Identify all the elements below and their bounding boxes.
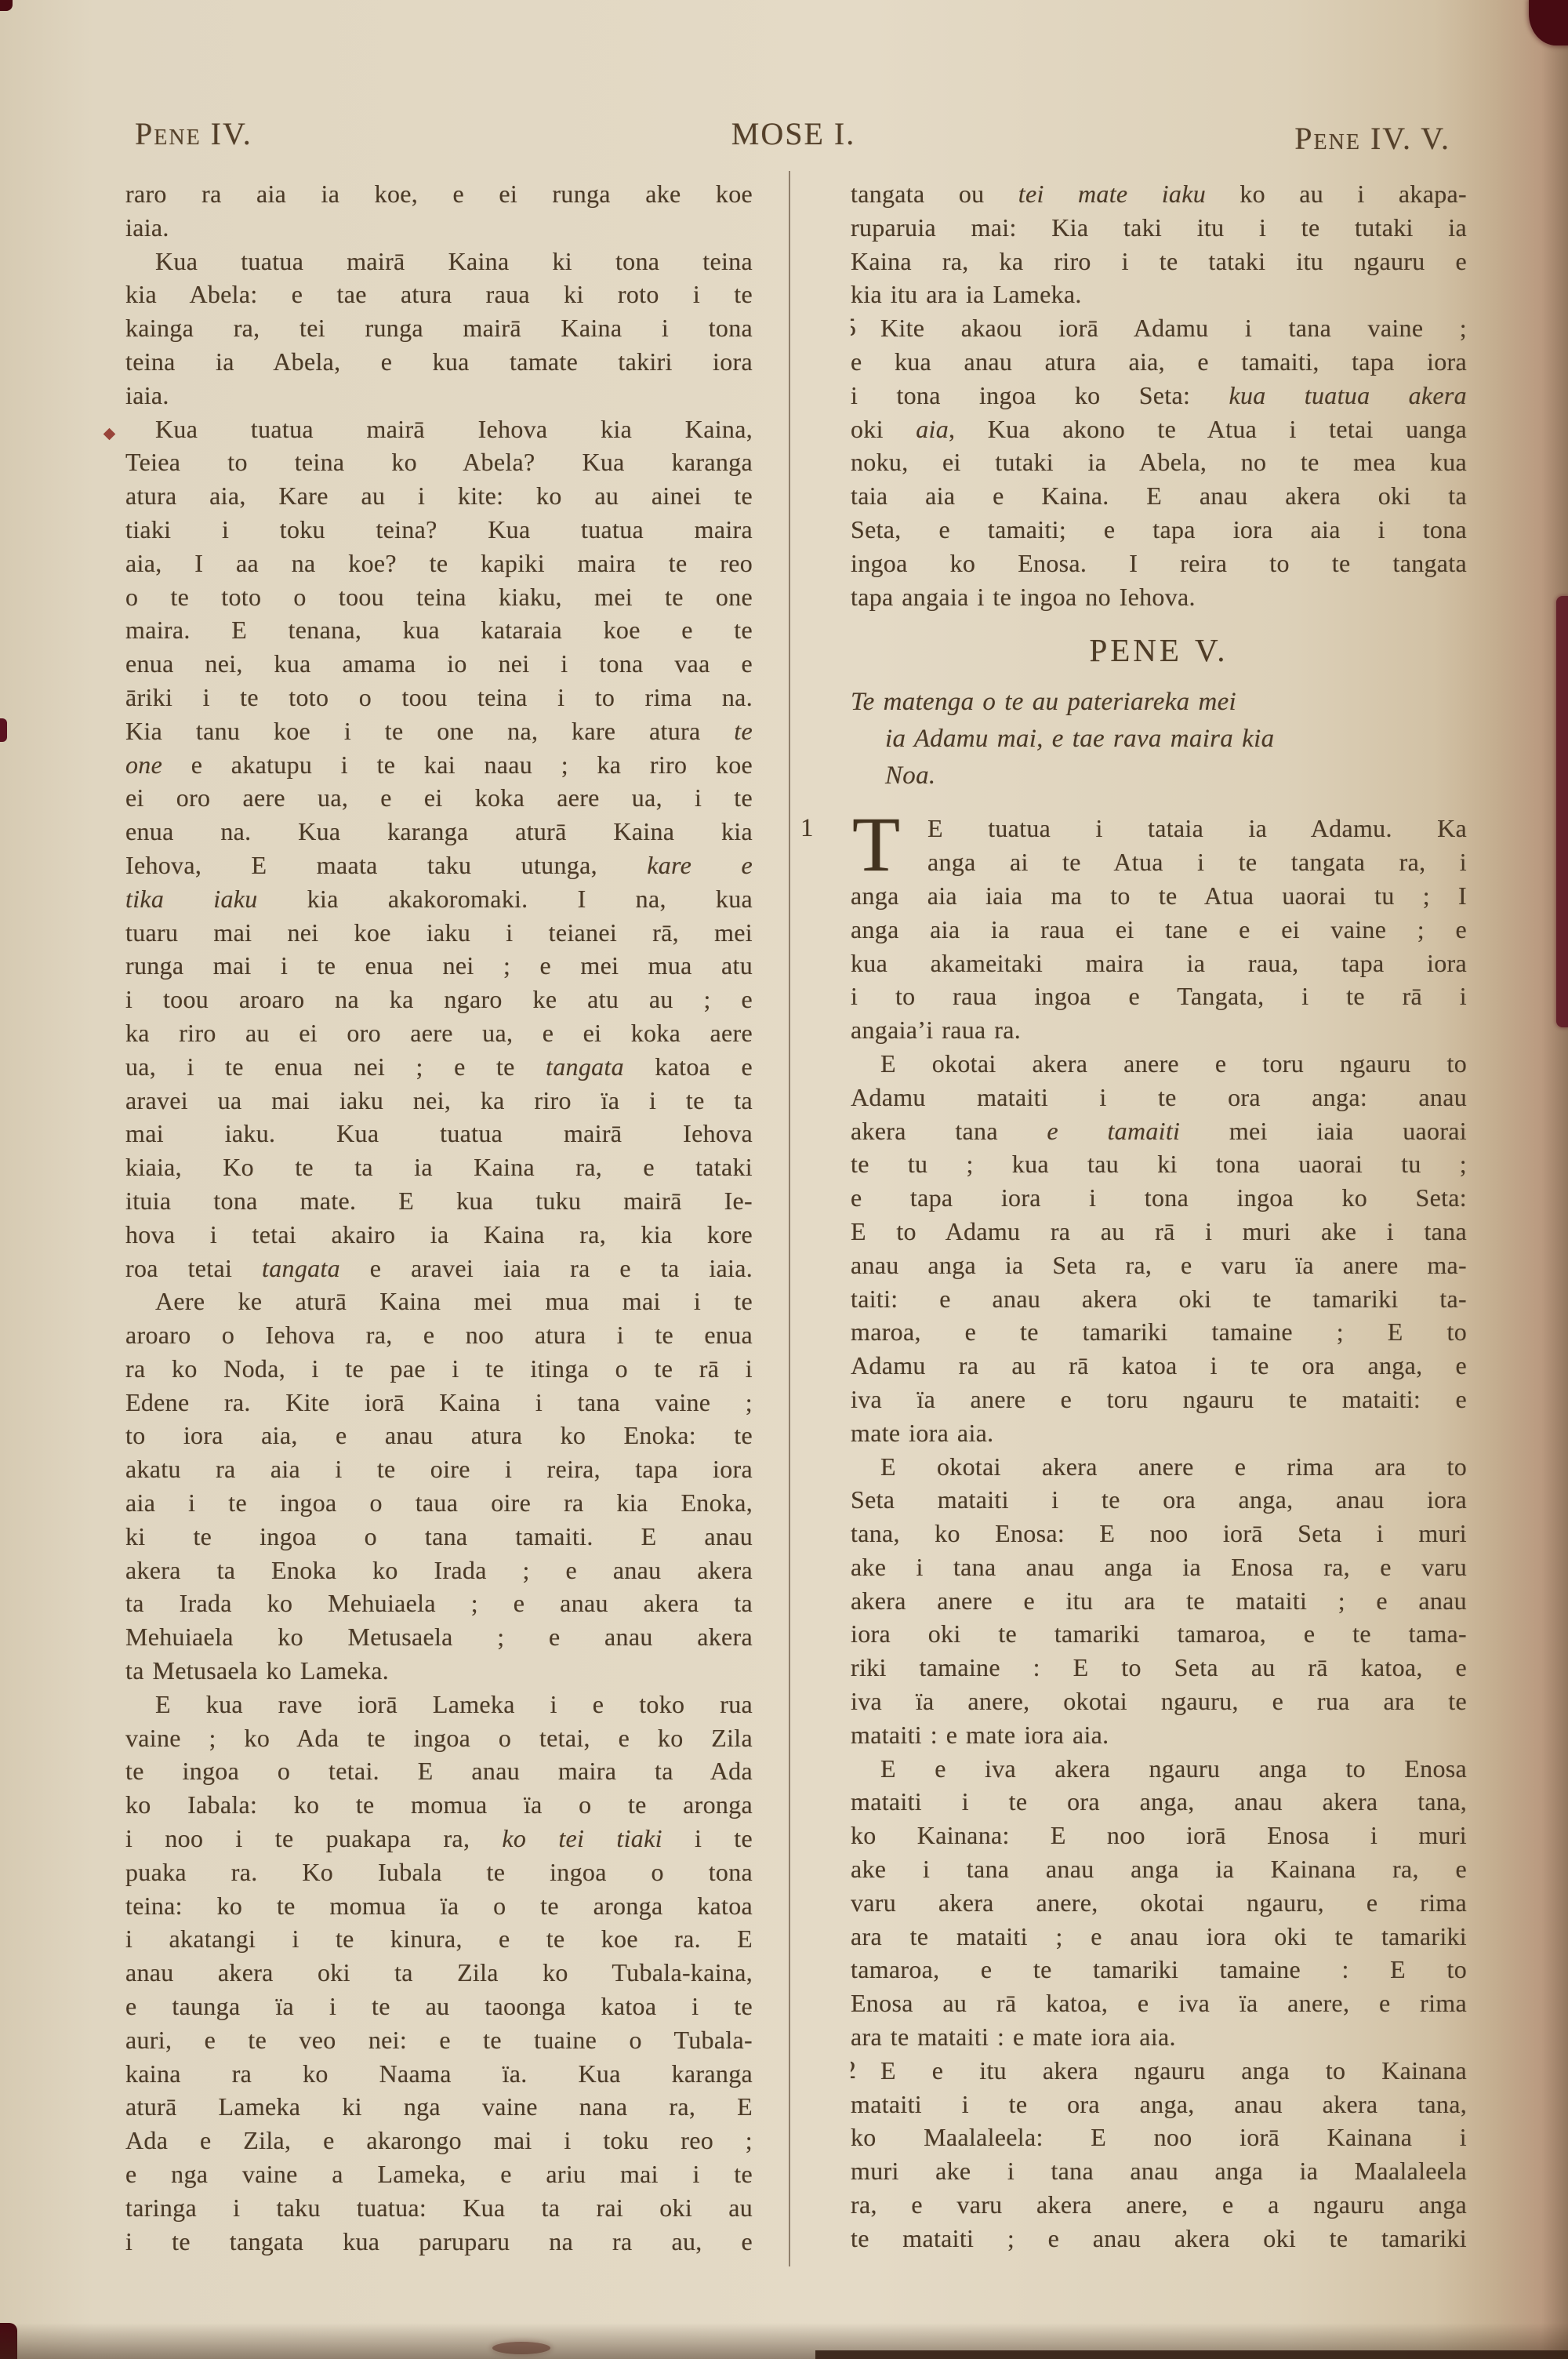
line-text: Aere ke aturā Kaina mei mua mai i te	[155, 1287, 753, 1315]
text-line: iva ïa anere e toru ngauru te mataiti: e	[851, 1383, 1467, 1416]
line-text: Teiea to teina ko Abela? Kua karanga	[125, 448, 753, 476]
text-line: āriki i te toto o toou teina i to rima n…	[125, 681, 753, 714]
text-line: vaine ; ko Ada te ingoa o tetai, e ko Zi…	[125, 1721, 753, 1755]
text-line: Iehova, E maata taku utunga, kare e	[125, 849, 753, 882]
line-text: teina: ko te momua ïa o te aronga katoa	[125, 1892, 753, 1920]
line-text: oki aia, Kua akono te Atua i tetai uanga	[851, 415, 1467, 443]
text-line: akatu ra aia i te oire i reira, tapa ior…	[125, 1452, 753, 1486]
text-line: angaia’i raua ra.	[851, 1013, 1467, 1047]
text-line: iaia.	[125, 379, 753, 413]
text-line: aroaro o Iehova ra, e noo atura i te enu…	[125, 1318, 753, 1352]
text-line: ituia tona mate. E kua tuku mairā Ie-	[125, 1184, 753, 1218]
text-line: to iora aia, e anau atura ko Enoka: te	[125, 1419, 753, 1452]
line-text: aravei ua mai iaku nei, ka riro ïa i te …	[125, 1086, 753, 1114]
line-text: te tu ; kua tau ki tona uaorai tu ;	[851, 1150, 1467, 1178]
line-text: Kia tanu koe i te one na, kare atura te	[125, 717, 753, 745]
text-line: 7tana, ko Enosa: E noo iorā Seta i muri	[851, 1517, 1467, 1550]
text-line: 9E e iva akera ngauru anga to Enosa	[851, 1752, 1467, 1786]
line-text: taiti: e anau akera oki te tamariki ta-	[851, 1285, 1467, 1313]
line-text: tika iaku kia akakoromaki. I na, kua	[125, 885, 753, 913]
text-line: Seta, e tamaiti; e tapa iora aia i tona	[851, 513, 1467, 547]
line-text: Seta mataiti i te ora anga, anau iora	[851, 1485, 1467, 1514]
line-text: taia aia e Kaina. E anau akera oki ta	[851, 482, 1467, 510]
text-line: kia Abela: e tae atura raua ki roto i te	[125, 278, 753, 311]
text-line: atura aia, Kare au i kite: ko au ainei t…	[125, 479, 753, 513]
text-line: aia, I aa na koe? te kapiki maira te reo	[125, 547, 753, 580]
line-text: enua na. Kua karanga aturā Kaina kia	[125, 817, 753, 845]
stain-mark-left-edge	[0, 718, 7, 742]
chapter-subtitle-line: ia Adamu mai, e tae rava maira kia	[851, 721, 1467, 758]
text-line: Ada e Zila, e akarongo mai i toku reo ;	[125, 2124, 753, 2157]
text-line: kainga ra, tei runga mairā Kaina i tona	[125, 311, 753, 345]
line-text: ake i tana anau anga ia Kainana ra, e	[851, 1855, 1467, 1883]
text-line: 13ko Maalaleela: E noo iorā Kainana i	[851, 2121, 1467, 2154]
line-text: Ada e Zila, e akarongo mai i toku reo ;	[125, 2126, 753, 2154]
text-line: 11tamaroa, e te tamariki tamaine : E to	[851, 1953, 1467, 1986]
left-column: raro ra aia ia koe, e ei runga ake koeia…	[125, 177, 753, 2258]
line-text: anga aia ia raua ei tane e ei vaine ; e	[851, 915, 1467, 943]
text-line: ta Irada ko Mehuiaela ; e anau akera ta	[125, 1587, 753, 1620]
text-line: 18ki te ingoa o tana tamaiti. E anau	[125, 1520, 753, 1554]
line-text: E okotai akera anere e toru ngauru to	[880, 1049, 1467, 1078]
line-text: iaia.	[125, 381, 169, 409]
line-text: kaina ra ko Naama ïa. Kua karanga	[125, 2059, 753, 2088]
line-text: akera tana e tamaiti mei iaia uaorai	[851, 1117, 1467, 1145]
text-line: 5maroa, e te tamariki tamaine ; E to	[851, 1315, 1467, 1349]
line-text: kainga ra, tei runga mairā Kaina i tona	[125, 314, 753, 342]
line-text: puaka ra. Ko Iubala te ingoa o tona	[125, 1858, 753, 1886]
text-line: e nga vaine a Lameka, e ariu mai i te	[125, 2157, 753, 2191]
text-line: 23kaina ra ko Naama ïa. Kua karanga	[125, 2057, 753, 2091]
text-line: ake i tana anau anga ia Enosa ra, e varu	[851, 1550, 1467, 1584]
line-text: e taunga ïa i te au taoonga katoa i te	[125, 1992, 753, 2020]
line-text: ituia tona mate. E kua tuku mairā Ie-	[125, 1187, 753, 1215]
text-line: Adamu ra au rā katoa i te ora anga, e	[851, 1349, 1467, 1383]
text-line: auri, e te veo nei: e te tuaine o Tubala…	[125, 2023, 753, 2057]
line-text: roa tetai tangata e aravei iaia ra e ta …	[125, 1254, 753, 1282]
text-line: Teiea to teina ko Abela? Kua karanga	[125, 445, 753, 479]
text-line: teina ia Abela, e kua tamate takiri iora	[125, 345, 753, 379]
line-text: iva ïa anere e toru ngauru te mataiti: e	[851, 1385, 1467, 1413]
line-text: tapa angaia i te ingoa no Iehova.	[851, 583, 1196, 611]
line-text: E to Adamu ra au rā i muri ake i tana	[851, 1217, 1467, 1245]
text-line: iora oki te tamariki tamaroa, e te tama-	[851, 1617, 1467, 1651]
text-line: anau akera oki ta Zila ko Tubala-kaina,	[125, 1956, 753, 1990]
line-text: E okotai akera anere e rima ara to	[880, 1452, 1467, 1481]
line-text: maira. E tenana, kua kataraia koe e te	[125, 616, 753, 644]
line-text: akera ta Enoka ko Irada ; e anau akera	[125, 1556, 753, 1584]
line-text: kua akameitaki maira ia raua, tapa iora	[851, 949, 1467, 977]
text-line: roa tetai tangata e aravei iaia ra e ta …	[125, 1252, 753, 1285]
text-line: oki aia, Kua akono te Atua i tetai uanga	[851, 413, 1467, 446]
line-text: aroaro o Iehova ra, e noo atura i te enu…	[125, 1321, 753, 1349]
line-text: e tapa iora i tona ingoa ko Seta:	[851, 1183, 1467, 1212]
text-line: anga ai te Atua i te tangata ra, i	[851, 845, 1467, 879]
smudge-mark-bottom	[492, 2342, 550, 2354]
line-text: i noo i te puakapa ra, ko tei tiaki i te	[125, 1824, 753, 1852]
line-text: anau anga ia Seta ra, e varu ïa anere ma…	[851, 1251, 1467, 1279]
line-text: ta Metusaela ko Lameka.	[125, 1656, 389, 1685]
text-line: e taunga ïa i te au taoonga katoa i te	[125, 1990, 753, 2023]
stain-mark-bottom-left	[0, 2323, 17, 2359]
line-text: raro ra aia ia koe, e ei runga ake koe	[125, 180, 753, 208]
line-text: āriki i te toto o toou teina i to rima n…	[125, 683, 753, 711]
text-line: 15mai iaku. Kua tuatua mairā Iehova	[125, 1117, 753, 1150]
line-text: te ingoa o tetai. E anau maira ta Ada	[125, 1757, 753, 1785]
line-text: ki te ingoa o tana tamaiti. E anau	[125, 1522, 753, 1550]
text-line: 17Edene ra. Kite iorā Kaina i tana vaine…	[125, 1386, 753, 1419]
text-line: tangata ou tei mate iaku ko au i akapa-	[851, 177, 1467, 211]
text-line: varu akera anere, okotai ngauru, e rima	[851, 1886, 1467, 1920]
stain-mark-top-left	[0, 0, 13, 11]
text-line: 24ruparuia mai: Kia taki itu i te tutaki…	[851, 211, 1467, 245]
line-text: aia, I aa na koe? te kapiki maira te reo	[125, 549, 753, 577]
text-line: raro ra aia ia koe, e ei runga ake koe	[125, 177, 753, 211]
line-text: e kua anau atura aia, e tamaiti, tapa io…	[851, 347, 1467, 376]
text-line: 4E to Adamu ra au rā i muri ake i tana	[851, 1215, 1467, 1249]
line-text: auri, e te veo nei: e te tuaine o Tubala…	[125, 2026, 753, 2054]
text-line: 8riki tamaine : E to Seta au rā katoa, e	[851, 1651, 1467, 1685]
line-text: kia Abela: e tae atura raua ki roto i te	[125, 280, 753, 308]
line-text: ko Maalaleela: E noo iorā Kainana i	[851, 2123, 1467, 2151]
text-line: akera tana e tamaiti mei iaia uaorai	[851, 1114, 1467, 1148]
text-line: teina: ko te momua ïa o te aronga katoa	[125, 1889, 753, 1923]
text-line: noku, ei tutaki ia Abela, no te mea kua	[851, 445, 1467, 479]
right-column: tangata ou tei mate iaku ko au i akapa-2…	[851, 177, 1467, 2255]
text-line: iaia.	[125, 211, 753, 245]
line-text: ruparuia mai: Kia taki itu i te tutaki i…	[851, 213, 1467, 242]
line-text: riki tamaine : E to Seta au rā katoa, e	[851, 1653, 1467, 1681]
text-line: i noo i te puakapa ra, ko tei tiaki i te	[125, 1822, 753, 1856]
line-text: tuaru mai nei koe iaku i teianei rā, mei	[125, 918, 753, 947]
line-text: aia i te ingoa o taua oire ra kia Enoka,	[125, 1488, 753, 1517]
line-text: ra, e varu akera anere, e a ngauru anga	[851, 2190, 1467, 2219]
text-line: ara te mataiti : e mate iora aia.	[851, 2020, 1467, 2054]
line-text: i tona ingoa ko Seta: kua tuatua akera	[851, 381, 1467, 409]
line-text: hova i tetai akairo ia Kaina ra, kia kor…	[125, 1220, 753, 1249]
line-text: i te tangata kua paruparu na ra au, e	[125, 2227, 753, 2255]
text-line: aravei ua mai iaku nei, ka riro ïa i te …	[125, 1084, 753, 1118]
line-text: mataiti : e mate iora aia.	[851, 1721, 1109, 1749]
text-line: akera ta Enoka ko Irada ; e anau akera	[125, 1554, 753, 1587]
text-line: 2anga aia iaia ma to te Atua uaorai tu ;…	[851, 879, 1467, 913]
stain-mark-bottom-edge	[815, 2350, 1568, 2359]
line-text: Enosa au rā katoa, e iva ïa anere, e rim…	[851, 1989, 1467, 2017]
line-text: Kua tuatua mairā Iehova kia Kaina,	[155, 415, 753, 443]
text-line: one e akatupu i te kai naau ; ka riro ko…	[125, 748, 753, 782]
text-line: 16Aere ke aturā Kaina mei mua mai i te	[125, 1285, 753, 1318]
text-line: te tu ; kua tau ki tona uaorai tu ;	[851, 1147, 1467, 1181]
line-text: tamaroa, e te tamariki tamaine : E to	[851, 1955, 1467, 1983]
line-text: kiaia, Ko te ta ia Kaina ra, e tataki	[125, 1153, 753, 1181]
line-text: to iora aia, e anau atura ko Enoka: te	[125, 1421, 753, 1449]
line-text: taringa i taku tuatua: Kua ta rai oki au	[125, 2194, 753, 2222]
text-line: 6E okotai akera anere e rima ara to	[851, 1450, 1467, 1484]
text-line: 12Kia tanu koe i te one na, kare atura t…	[125, 714, 753, 748]
chapter-subtitle-line: Noa.	[851, 758, 1467, 794]
line-text: e nga vaine a Lameka, e ariu mai i te	[125, 2160, 753, 2188]
text-line: Kaina ra, ka riro i te tataki itu ngauru…	[851, 245, 1467, 278]
line-text: atura aia, Kare au i kite: ko au ainei t…	[125, 482, 753, 510]
text-line: ua, i te enua nei ; e te tangata katoa e	[125, 1050, 753, 1084]
text-line: Seta mataiti i te ora anga, anau iora	[851, 1483, 1467, 1517]
running-head-left: Pene IV.	[135, 114, 252, 154]
line-text: ake i tana anau anga ia Enosa ra, e varu	[851, 1553, 1467, 1581]
text-line: 25Kite akaou iorā Adamu i tana vaine ;	[851, 311, 1467, 345]
text-line: 3E okotai akera anere e toru ngauru to	[851, 1047, 1467, 1081]
text-line: 26taia aia e Kaina. E anau akera oki ta	[851, 479, 1467, 513]
chapter-heading: PENE V.	[851, 632, 1467, 668]
text-line: kua akameitaki maira ia raua, tapa iora	[851, 947, 1467, 980]
stain-mark-top-right	[1529, 0, 1568, 45]
text-line: ko Iabala: ko te momua ïa o te aronga	[125, 1788, 753, 1822]
text-line: ka riro au ei oro aere ua, e ei koka aer…	[125, 1016, 753, 1050]
line-text: aturā Lameka ki nga vaine nana ra, E	[125, 2092, 753, 2121]
chapter-subtitle-line: Te matenga o te au pateriareka mei	[851, 684, 1467, 721]
text-line: ake i tana anau anga ia Kainana ra, e	[851, 1852, 1467, 1886]
text-line: te mataiti ; e anau akera oki te tamarik…	[851, 2222, 1467, 2255]
text-line: i tona ingoa ko Seta: kua tuatua akera	[851, 379, 1467, 413]
text-line: mataiti i te ora anga, anau akera tana,	[851, 1785, 1467, 1819]
text-line: 13enua na. Kua karanga aturā Kaina kia	[125, 815, 753, 849]
text-line: 12E e itu akera ngauru anga to Kainana	[851, 2054, 1467, 2088]
line-text: Noa.	[885, 761, 935, 790]
text-line: 22i akatangi i te kinura, e te koe ra. E	[125, 1922, 753, 1956]
running-head-title: MOSE I.	[401, 114, 1185, 154]
running-head-right: Pene IV. V.	[1294, 119, 1450, 158]
line-text: muri ake i tana anau anga ia Maalaleela	[851, 2157, 1467, 2185]
line-text: tiaki i toku teina? Kua tuatua maira	[125, 515, 753, 543]
text-line: akera anere e itu ara te mataiti ; e ana…	[851, 1584, 1467, 1618]
line-text: Kite akaou iorā Adamu i tana vaine ;	[880, 314, 1467, 342]
line-text: i toou aroaro na ka ngaro ke atu au ; e	[125, 985, 753, 1013]
text-line: runga mai i te enua nei ; e mei mua atu	[125, 949, 753, 983]
line-text: ko Kainana: E noo iorā Enosa i muri	[851, 1821, 1467, 1849]
line-text: vaine ; ko Ada te ingoa o tetai, e ko Zi…	[125, 1724, 753, 1752]
text-line: 10ko Kainana: E noo iorā Enosa i muri	[851, 1819, 1467, 1852]
text-line: ra, e varu akera anere, e a ngauru anga	[851, 2188, 1467, 2222]
text-line: tuaru mai nei koe iaku i teianei rā, mei	[125, 916, 753, 950]
text-line: ara te mataiti ; e anau iora oki te tama…	[851, 1920, 1467, 1954]
text-line: ra ko Noda, i te pae i te itinga o te rā…	[125, 1352, 753, 1386]
text-line: ei oro aere ua, e ei koka aere ua, i te	[125, 781, 753, 815]
text-line: 20te ingoa o tetai. E anau maira ta Ada	[125, 1754, 753, 1788]
stain-mark-right-edge	[1556, 596, 1568, 1027]
text-line: anga aia ia raua ei tane e ei vaine ; e	[851, 913, 1467, 947]
line-text: Mehuiaela ko Metusaela ; e anau akera	[125, 1623, 753, 1651]
line-text: te mataiti ; e anau akera oki te tamarik…	[851, 2224, 1467, 2252]
line-text: Edene ra. Kite iorā Kaina i tana vaine ;	[125, 1388, 753, 1416]
text-line: ingoa ko Enosa. I reira to te tangata	[851, 547, 1467, 580]
line-text: akera anere e itu ara te mataiti ; e ana…	[851, 1587, 1467, 1615]
text-line: Mehuiaela ko Metusaela ; e anau akera	[125, 1620, 753, 1654]
line-text: Adamu mataiti i te ora anga: anau	[851, 1083, 1467, 1111]
text-line: i to raua ingoa e Tangata, i te rā i	[851, 980, 1467, 1013]
line-text: o te toto o toou teina kiaku, mei te one	[125, 583, 753, 611]
line-text: anau akera oki ta Zila ko Tubala-kaina,	[125, 1958, 753, 1986]
line-text: mai iaku. Kua tuatua mairā Iehova	[125, 1119, 753, 1147]
text-line: 1TE tuatua i tataia ia Adamu. Ka	[851, 812, 1467, 845]
line-text: tana, ko Enosa: E noo iorā Seta i muri	[851, 1519, 1467, 1547]
line-text: mataiti i te ora anga, anau akera tana,	[851, 1787, 1467, 1816]
line-text: ei oro aere ua, e ei koka aere ua, i te	[125, 783, 753, 812]
line-text: runga mai i te enua nei ; e mei mua atu	[125, 951, 753, 980]
text-line: tapa angaia i te ingoa no Iehova.	[851, 580, 1467, 614]
line-text: enua nei, kua amama io nei i tona vaa e	[125, 649, 753, 678]
text-line: 9Kua tuatua mairā Iehova kia Kaina,	[125, 413, 753, 446]
line-text: E e iva akera ngauru anga to Enosa	[880, 1754, 1467, 1783]
line-text: ingoa ko Enosa. I reira to te tangata	[851, 549, 1467, 577]
text-line: e tapa iora i tona ingoa ko Seta:	[851, 1181, 1467, 1215]
text-line: kiaia, Ko te ta ia Kaina ra, e tataki	[125, 1150, 753, 1184]
text-line: mate iora aia.	[851, 1416, 1467, 1450]
text-line: 11maira. E tenana, kua kataraia koe e te	[125, 613, 753, 647]
line-text: Iehova, E maata taku utunga, kare e	[125, 851, 753, 879]
text-line: 10tiaki i toku teina? Kua tuatua maira	[125, 513, 753, 547]
text-line: kia itu ara ia Lameka.	[851, 278, 1467, 311]
text-line: i te tangata kua paruparu na ra au, e	[125, 2225, 753, 2259]
line-text: i to raua ingoa e Tangata, i te rā i	[851, 982, 1467, 1010]
line-text: ra ko Noda, i te pae i te itinga o te rā…	[125, 1354, 753, 1383]
line-text: noku, ei tutaki ia Abela, no te mea kua	[851, 448, 1467, 476]
column-divider-rule	[789, 171, 790, 2266]
verse-number: 1	[800, 812, 846, 845]
text-line: muri ake i tana anau anga ia Maalaleela	[851, 2154, 1467, 2188]
line-text: ara te mataiti : e mate iora aia.	[851, 2023, 1176, 2051]
line-text: Kaina ra, ka riro i te tataki itu ngauru…	[851, 247, 1467, 275]
text-line: aturā Lameka ki nga vaine nana ra, E	[125, 2090, 753, 2124]
line-text: Adamu ra au rā katoa i te ora anga, e	[851, 1351, 1467, 1379]
text-line: anau anga ia Seta ra, e varu ïa anere ma…	[851, 1249, 1467, 1282]
text-line: ta Metusaela ko Lameka.	[125, 1654, 753, 1688]
line-text: iva ïa anere, okotai ngauru, e rua ara t…	[851, 1687, 1467, 1715]
line-text: one e akatupu i te kai naau ; ka riro ko…	[125, 751, 753, 779]
line-text: ua, i te enua nei ; e te tangata katoa e	[125, 1052, 753, 1081]
line-text: angaia’i raua ra.	[851, 1016, 1021, 1044]
ink-mark-left-margin	[103, 428, 116, 441]
line-text: anga aia iaia ma to te Atua uaorai tu ; …	[851, 881, 1467, 910]
text-line: taiti: e anau akera oki te tamariki ta-	[851, 1282, 1467, 1316]
line-text: akatu ra aia i te oire i reira, tapa ior…	[125, 1455, 753, 1483]
line-text: Te matenga o te au pateriareka mei	[851, 688, 1236, 716]
line-text: ka riro au ei oro aere ua, e ei koka aer…	[125, 1019, 753, 1047]
text-line: enua nei, kua amama io nei i tona vaa e	[125, 647, 753, 681]
line-text: ara te mataiti ; e anau iora oki te tama…	[851, 1922, 1467, 1950]
line-text: ta Irada ko Mehuiaela ; e anau akera ta	[125, 1589, 753, 1617]
line-text: maroa, e te tamariki tamaine ; E to	[851, 1318, 1467, 1346]
text-line: 19E kua rave iorā Lameka i e toko rua	[125, 1688, 753, 1721]
text-line: aia i te ingoa o taua oire ra kia Enoka,	[125, 1486, 753, 1520]
text-line: 21puaka ra. Ko Iubala te ingoa o tona	[125, 1856, 753, 1889]
line-text: Seta, e tamaiti; e tapa iora aia i tona	[851, 515, 1467, 543]
text-line: Adamu mataiti i te ora anga: anau	[851, 1081, 1467, 1114]
text-line: iva ïa anere, okotai ngauru, e rua ara t…	[851, 1685, 1467, 1718]
line-text: E tuatua i tataia ia Adamu. Ka	[927, 814, 1467, 842]
text-line: mataiti i te ora anga, anau akera tana,	[851, 2088, 1467, 2121]
line-text: ia Adamu mai, e tae rava maira kia	[885, 725, 1274, 753]
line-text: anga ai te Atua i te tangata ra, i	[927, 848, 1467, 876]
line-text: tangata ou tei mate iaku ko au i akapa-	[851, 180, 1467, 208]
text-line: 8Kua tuatua mairā Kaina ki tona teina	[125, 245, 753, 278]
line-text: mataiti i te ora anga, anau akera tana,	[851, 2090, 1467, 2118]
line-text: teina ia Abela, e kua tamate takiri iora	[125, 347, 753, 376]
text-line: taringa i taku tuatua: Kua ta rai oki au	[125, 2191, 753, 2225]
text-line: e kua anau atura aia, e tamaiti, tapa io…	[851, 345, 1467, 379]
line-text: iaia.	[125, 213, 169, 242]
line-text: varu akera anere, okotai ngauru, e rima	[851, 1888, 1467, 1917]
line-text: kia itu ara ia Lameka.	[851, 280, 1082, 308]
text-line: Enosa au rā katoa, e iva ïa anere, e rim…	[851, 1986, 1467, 2020]
text-line: hova i tetai akairo ia Kaina ra, kia kor…	[125, 1218, 753, 1252]
book-page-scan: Pene IV. MOSE I. Pene IV. V. raro ra aia…	[0, 0, 1568, 2359]
line-text: mate iora aia.	[851, 1419, 993, 1447]
line-text: Kua tuatua mairā Kaina ki tona teina	[155, 247, 753, 275]
text-line: i toou aroaro na ka ngaro ke atu au ; e	[125, 983, 753, 1016]
line-text: E kua rave iorā Lameka i e toko rua	[155, 1690, 753, 1718]
line-text: ko Iabala: ko te momua ïa o te aronga	[125, 1790, 753, 1819]
line-text: i akatangi i te kinura, e te koe ra. E	[125, 1925, 753, 1953]
text-line: mataiti : e mate iora aia.	[851, 1718, 1467, 1752]
text-line: o te toto o toou teina kiaku, mei te one	[125, 580, 753, 614]
line-text: iora oki te tamariki tamaroa, e te tama-	[851, 1619, 1467, 1648]
line-text: E e itu akera ngauru anga to Kainana	[880, 2056, 1467, 2085]
text-line: 14tika iaku kia akakoromaki. I na, kua	[125, 882, 753, 916]
